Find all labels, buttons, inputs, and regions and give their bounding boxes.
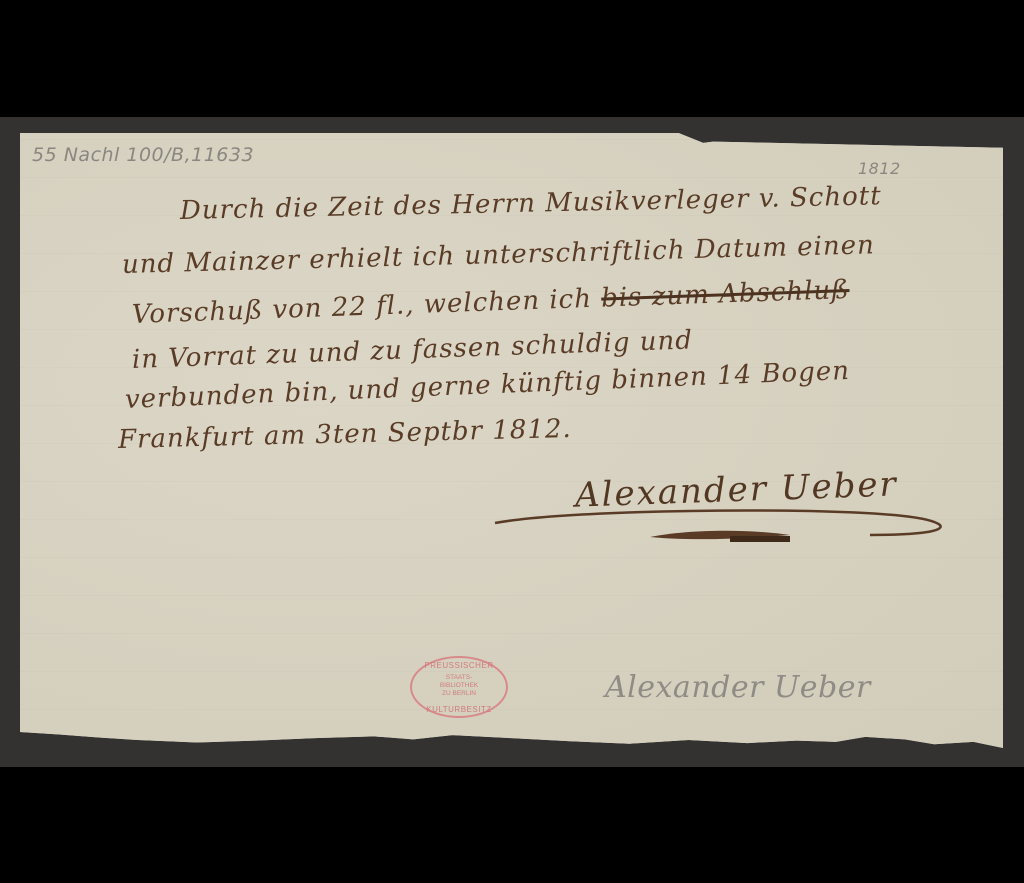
pencil-attribution: Alexander Ueber [605, 670, 871, 705]
library-stamp: PREUSSISCHER STAATS- BIBLIOTHEK ZU BERLI… [410, 656, 508, 718]
stamp-arc-bottom: KULTURBESITZ [412, 705, 506, 714]
stamp-line-1: STAATS- [412, 674, 506, 682]
stamp-line-3: ZU BERLIN [412, 690, 506, 698]
stamp-line-2: BIBLIOTHEK [412, 682, 506, 690]
year-annotation: 1812 [858, 159, 901, 178]
stamp-center: STAATS- BIBLIOTHEK ZU BERLIN [412, 674, 506, 698]
document-viewer: 55 Nachl 100/B,11633 1812 Durch die Zeit… [0, 0, 1024, 883]
signature-flourish-icon [490, 495, 960, 550]
shelfmark-annotation: 55 Nachl 100/B,11633 [32, 144, 254, 166]
stamp-arc-top: PREUSSISCHER [412, 661, 506, 670]
